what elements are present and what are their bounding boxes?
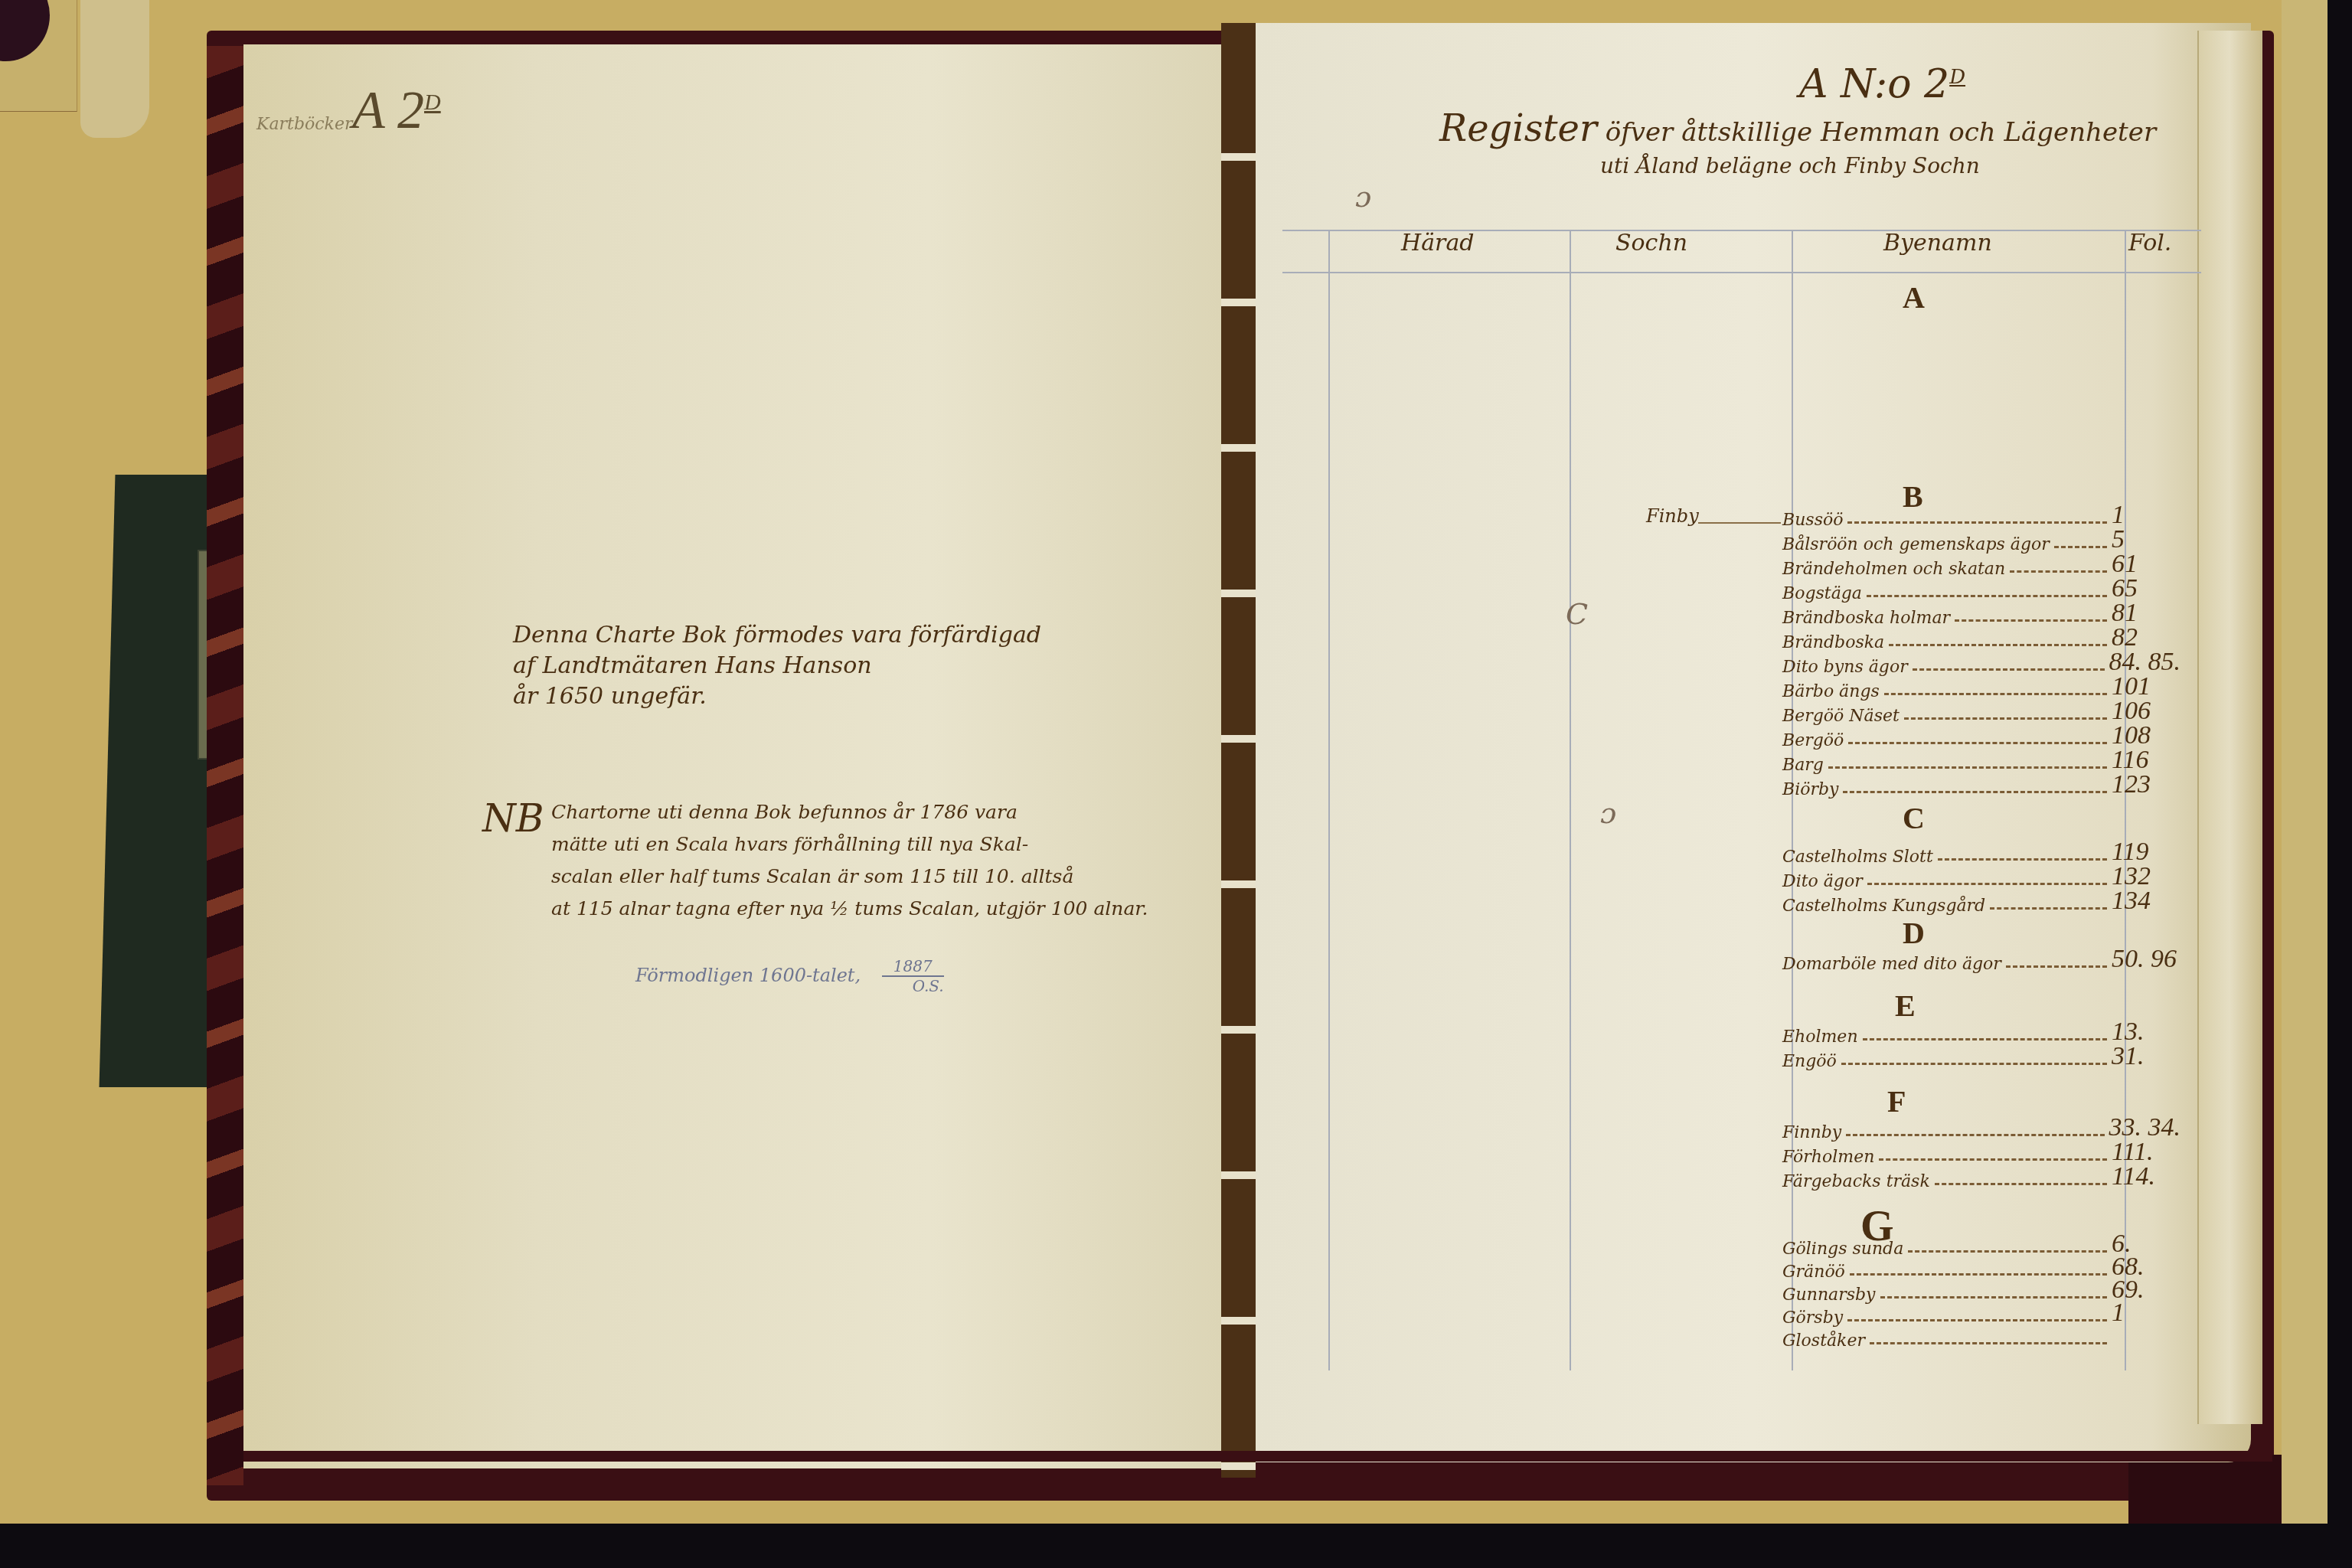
ownership-line-2: af Landtmätaren Hans Hanson — [513, 651, 1041, 681]
nb-line-4: at 115 alnar tagna efter nya ½ tums Scal… — [551, 893, 1148, 925]
register-subtitle: uti Åland belägne och Finby Sochn — [1600, 153, 1980, 178]
nb-label: NB — [482, 796, 544, 841]
section-letter-f: F — [1887, 1083, 1906, 1119]
entry-name: Domarböle med dito ägor — [1782, 955, 2001, 974]
leader-dashes — [1846, 1134, 2104, 1136]
leader-dashes — [1935, 1183, 2107, 1185]
dark-edge-right — [2327, 0, 2352, 1568]
volume-number-sup: D — [1949, 66, 1965, 89]
nb-line-1: Chartorne uti denna Bok befunnos år 1786… — [551, 796, 1148, 828]
entry-name: Gloståker — [1782, 1331, 1865, 1351]
entry-name: Brändboska — [1782, 633, 1884, 652]
page-edges — [2197, 31, 2262, 1424]
entry-folio: 1 — [2112, 1298, 2180, 1328]
register-entry: Castelholms Kungsgård134 — [1782, 891, 2180, 916]
leader-dashes — [1884, 693, 2107, 695]
register-title: Register öfver åttskillige Hemman och Lä… — [1439, 107, 2156, 150]
entry-name: Finnby — [1782, 1123, 1841, 1142]
register-title-lead: Register — [1439, 107, 1597, 150]
backing-strip-right — [2282, 0, 2327, 1524]
nb-line-2: mätte uti en Scala hvars förhållning til… — [551, 828, 1148, 861]
book-spine-stitching — [1221, 23, 1256, 1478]
entry-name: Görsby — [1782, 1308, 1843, 1328]
leader-dashes — [1879, 1158, 2107, 1161]
volume-number: A N:o 2D — [1799, 61, 1965, 107]
entry-folio: 123 — [2112, 770, 2180, 799]
margin-mark: C — [1566, 597, 1588, 631]
marbled-cover-edge — [207, 46, 243, 1485]
leader-dashes — [1848, 742, 2107, 744]
margin-mark: ɔ — [1355, 180, 1371, 214]
light-patch — [80, 0, 149, 138]
entry-name: Biörby — [1782, 780, 1838, 799]
entry-name: Bogstäga — [1782, 584, 1862, 603]
entry-folio: 134 — [2112, 887, 2180, 916]
entry-name: Castelholms Kungsgård — [1782, 897, 1985, 916]
nb-line-3: scalan eller half tums Scalan är som 115… — [551, 861, 1148, 893]
section-letter-c: C — [1903, 800, 1925, 836]
entry-name: Gunnarsby — [1782, 1285, 1876, 1305]
shelf-mark-sup: D — [424, 90, 441, 115]
leader-dashes — [1870, 1342, 2107, 1344]
entry-name: Castelholms Slott — [1782, 848, 1933, 867]
leader-dashes — [1850, 1273, 2107, 1276]
ownership-note: Denna Charte Bok förmodes vara förfärdig… — [513, 620, 1041, 712]
ruled-col-1 — [1328, 230, 1330, 1370]
entry-name: Dito byns ägor — [1782, 658, 1908, 677]
leader-dashes — [2054, 546, 2107, 548]
ruled-line-header — [1282, 272, 2201, 273]
shelf-mark: A 2D — [352, 80, 441, 142]
entry-name: Brändeholmen och skatan — [1782, 560, 2005, 579]
register-entry: Görsby1 — [1782, 1303, 2180, 1328]
leader-dashes — [1955, 619, 2107, 622]
leader-dashes — [2006, 965, 2107, 968]
register-entry: Engöö31. — [1782, 1047, 2180, 1071]
leader-dashes — [2010, 570, 2107, 573]
entry-name: Bergöö Näset — [1782, 707, 1900, 726]
entry-name: Gölings sunda — [1782, 1240, 1903, 1259]
register-entry: Gloståker — [1782, 1326, 2180, 1351]
parish-name: Finby — [1646, 505, 1699, 527]
pencil-note-text: Förmodligen 1600-talet — [635, 965, 855, 986]
left-page — [243, 44, 1222, 1468]
ruled-col-4 — [2125, 230, 2126, 1370]
margin-mark: ɔ — [1600, 796, 1616, 830]
ownership-line-1: Denna Charte Bok förmodes vara förfärdig… — [513, 620, 1041, 651]
entry-name: Barg — [1782, 756, 1824, 775]
dark-edge-bottom — [0, 1524, 2352, 1568]
nb-note: Chartorne uti denna Bok befunnos år 1786… — [551, 796, 1148, 925]
entry-name: Eholmen — [1782, 1027, 1858, 1047]
section-letter-e: E — [1895, 988, 1916, 1024]
entry-name: Dito ägor — [1782, 872, 1863, 891]
entry-name: Bärbo ängs — [1782, 682, 1880, 701]
leader-dashes — [1847, 521, 2107, 524]
ruled-col-2 — [1570, 230, 1571, 1370]
leader-dashes — [1867, 883, 2107, 885]
column-header-sochn: Sochn — [1615, 230, 1687, 256]
leader-dashes — [1867, 595, 2107, 597]
register-entry: Färgebacks träsk114. — [1782, 1167, 2180, 1191]
entry-name: Gränöö — [1782, 1263, 1845, 1282]
entry-name: Bussöö — [1782, 511, 1843, 530]
register-entry: Domarböle med dito ägor50. 96 — [1782, 949, 2180, 974]
parish-connector — [1698, 522, 1781, 524]
ruled-col-3 — [1792, 230, 1793, 1370]
leader-dashes — [1847, 1319, 2107, 1321]
entry-name: Brändboska holmar — [1782, 609, 1950, 628]
shelf-mark-main: A 2 — [352, 81, 424, 140]
leader-dashes — [1880, 1296, 2107, 1298]
entry-folio: 50. 96 — [2112, 945, 2180, 974]
ownership-line-3: år 1650 ungefär. — [513, 681, 1041, 712]
register-entry: Biörby123 — [1782, 775, 2180, 799]
section-letter-d: D — [1903, 915, 1925, 951]
column-header-harad: Härad — [1401, 230, 1474, 256]
cover-bottom-edge — [243, 1451, 2272, 1462]
leader-dashes — [1889, 644, 2107, 646]
leader-dashes — [1904, 717, 2107, 720]
leader-dashes — [1938, 858, 2107, 861]
entry-name: Förholmen — [1782, 1148, 1874, 1167]
leader-dashes — [1841, 1063, 2107, 1065]
section-letter-a: A — [1903, 279, 1925, 315]
entry-name: Bålsröön och gemenskaps ägor — [1782, 535, 2050, 554]
leader-dashes — [1913, 668, 2105, 671]
leader-dashes — [1863, 1038, 2107, 1040]
entry-name: Färgebacks träsk — [1782, 1172, 1930, 1191]
pencil-fraction-bottom: O.S. — [882, 977, 944, 995]
column-header-byenamn: Byenamn — [1883, 230, 1992, 256]
entry-name: Engöö — [1782, 1052, 1837, 1071]
entry-folio: 114. — [2112, 1162, 2180, 1191]
cover-corner — [2128, 1455, 2282, 1524]
register-title-rest: öfver åttskillige Hemman och Lägenheter — [1606, 117, 2156, 148]
entry-name: Bergöö — [1782, 731, 1844, 750]
leader-dashes — [1828, 766, 2107, 769]
shelf-label: Kartböcker — [256, 115, 352, 134]
pencil-note: Förmodligen 1600-talet, 1887 O.S. — [635, 957, 944, 995]
leader-dashes — [1843, 791, 2107, 793]
volume-number-main: A N:o 2 — [1799, 61, 1949, 107]
leader-dashes — [1908, 1250, 2107, 1253]
leader-dashes — [1990, 907, 2107, 910]
pencil-fraction-top: 1887 — [882, 957, 944, 977]
column-header-fol: Fol. — [2128, 230, 2171, 256]
entry-folio: 31. — [2112, 1042, 2180, 1071]
